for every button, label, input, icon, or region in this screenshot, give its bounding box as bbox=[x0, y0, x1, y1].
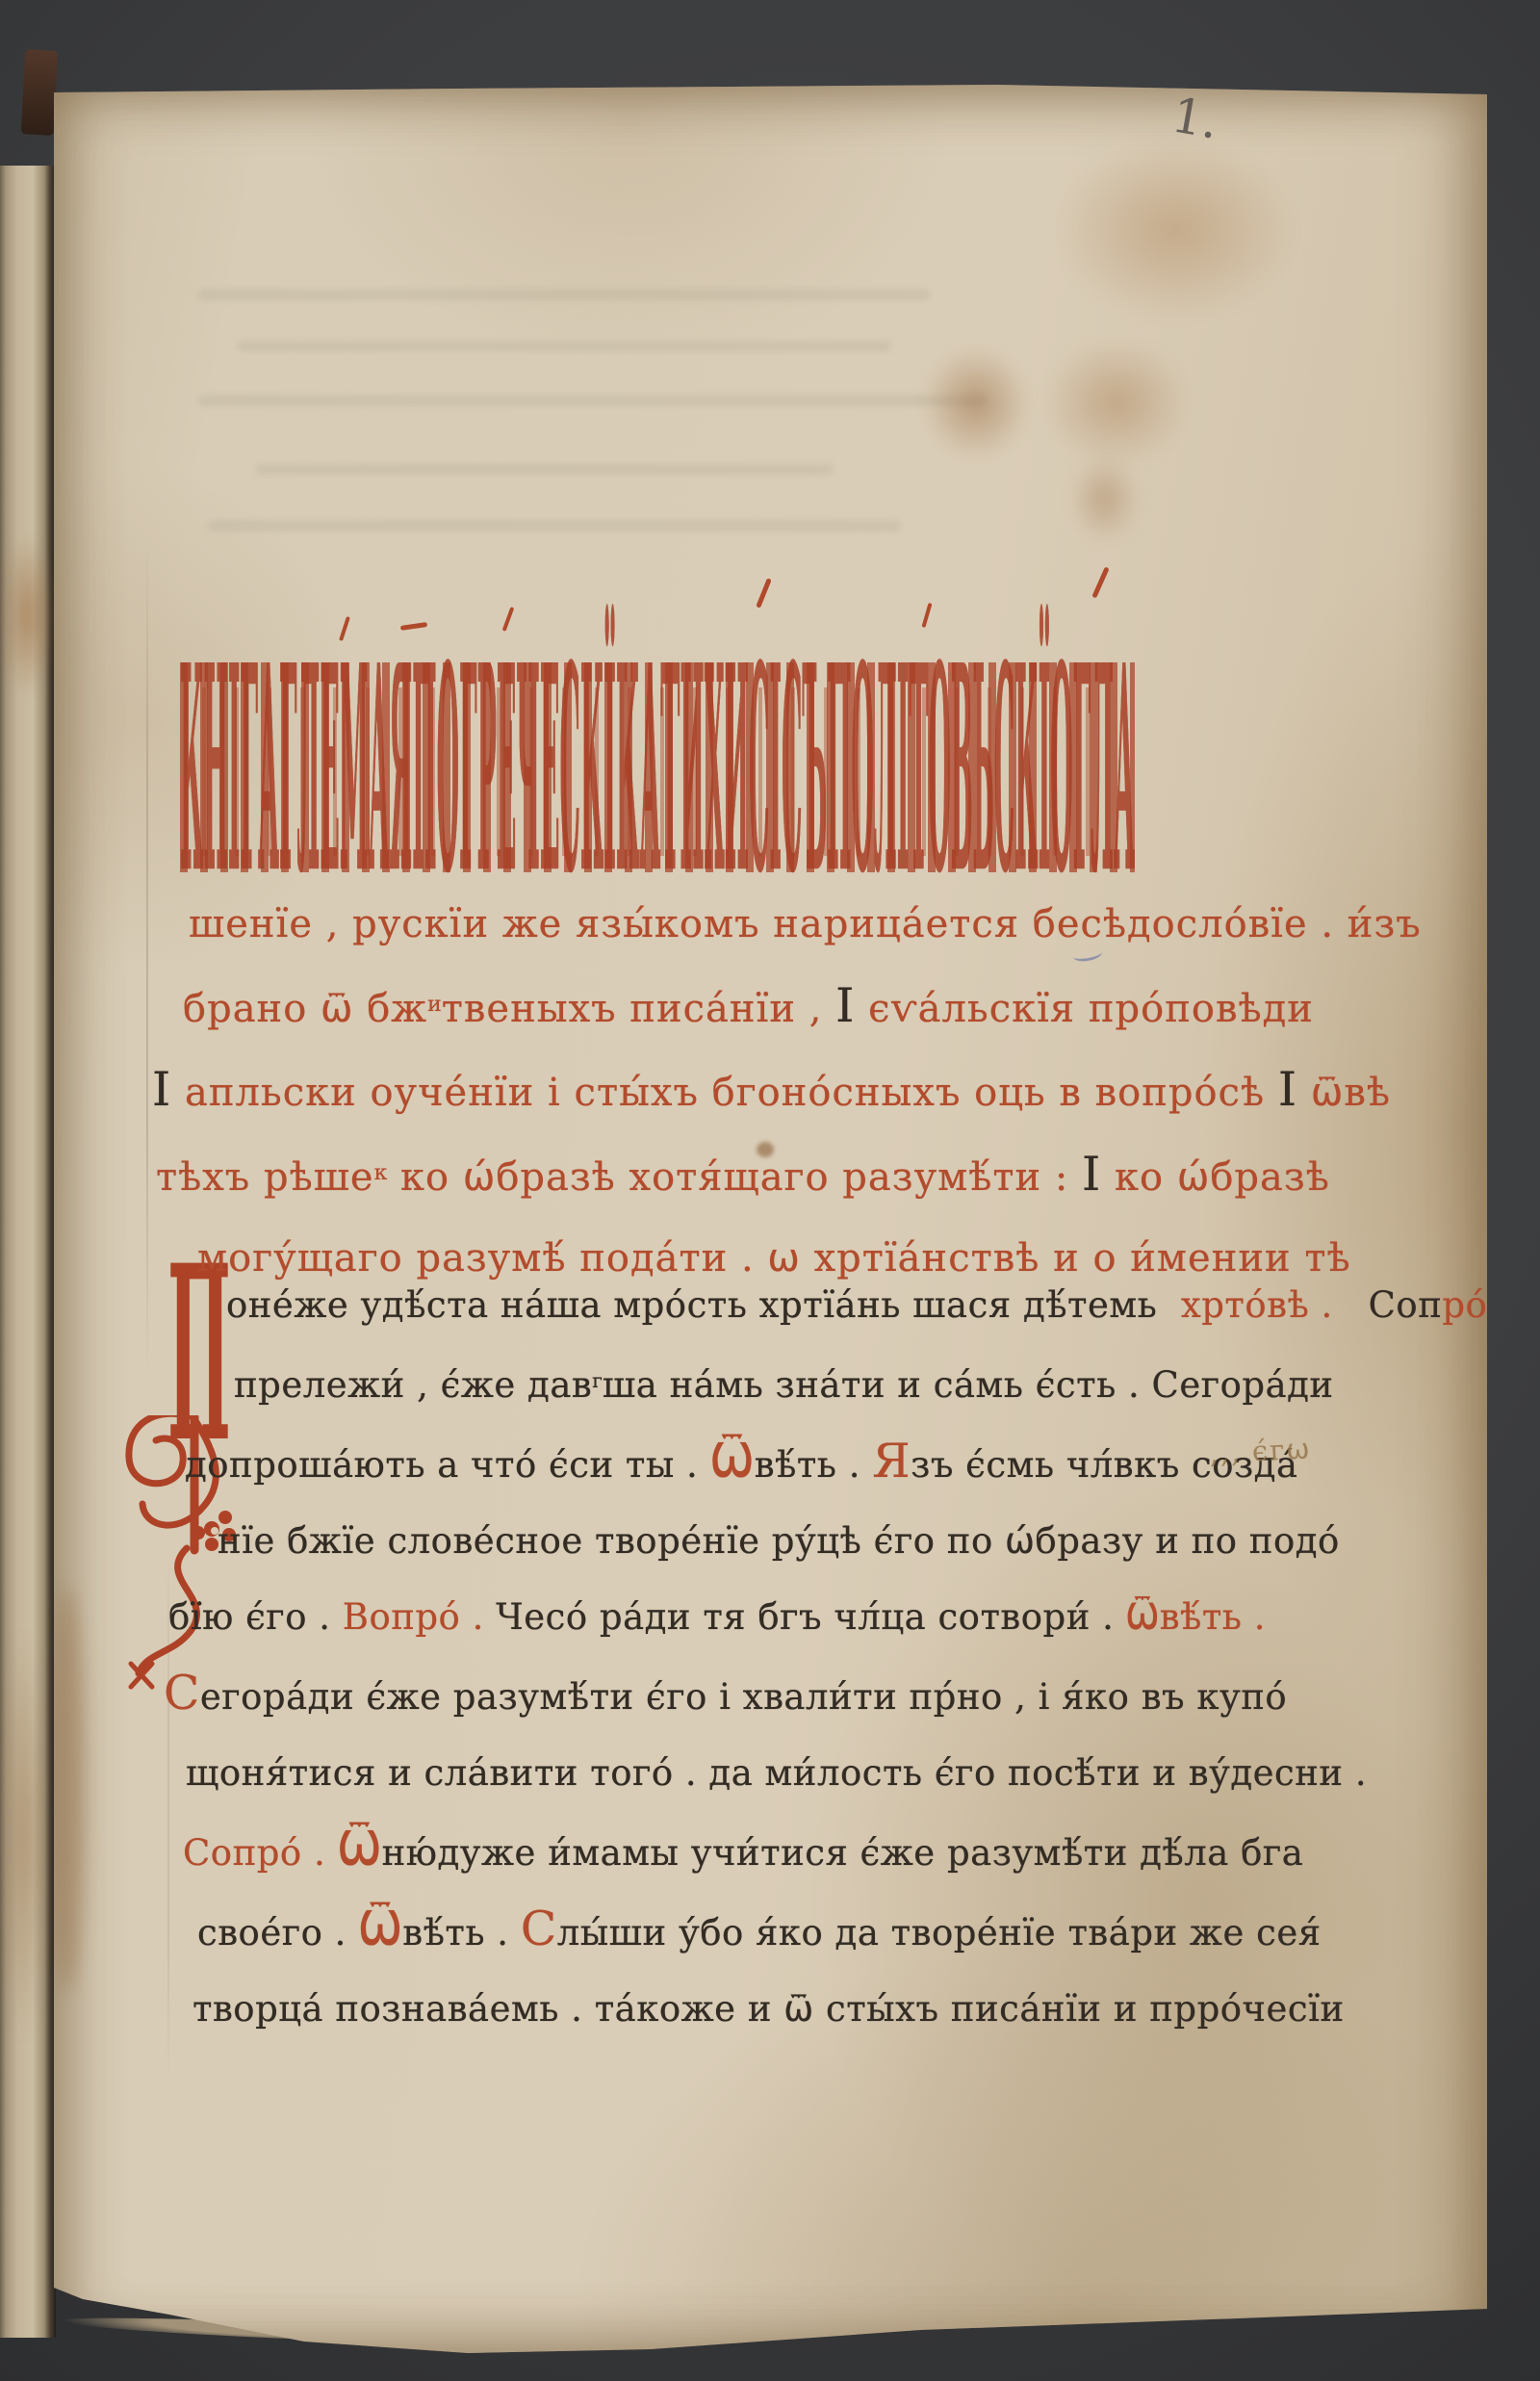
text-segment: вѣ́ть . bbox=[402, 1912, 521, 1954]
verso-show-through bbox=[237, 341, 891, 351]
text-segment: Сопро́ . bbox=[183, 1832, 338, 1874]
text-segment: егора́ди є́же разумѣ́ти є́го і хвали́ти … bbox=[200, 1676, 1287, 1718]
text-line: прележи́ , є́же давгша на́мь зна́ти и са… bbox=[234, 1343, 1500, 1423]
stain bbox=[1055, 139, 1296, 322]
paper-crease bbox=[146, 537, 148, 1385]
red-accent-mark bbox=[1091, 566, 1109, 598]
text-segment: ко ѡ́бразѣ bbox=[1101, 1155, 1329, 1200]
verso-show-through bbox=[198, 395, 988, 406]
text-line: шенїе , рускїи же язы́комъ нарица́ется б… bbox=[189, 884, 1422, 965]
text-segment: Я bbox=[872, 1434, 911, 1488]
text-line: І апльски оуче́нїи і сты́хъ бгоно́сныхъ … bbox=[152, 1049, 1422, 1133]
text-segment: твеныхъ писа́нїи , bbox=[442, 987, 835, 1031]
text-segment: шенїе , рускїи же язы́комъ нарица́ется б… bbox=[189, 902, 1422, 946]
spine-fragment bbox=[21, 49, 59, 136]
text-segment: єѵа́льскїя про́повѣди bbox=[855, 987, 1313, 1031]
text-segment: тѣхъ рѣше bbox=[156, 1155, 374, 1200]
stain bbox=[1070, 454, 1140, 543]
stain bbox=[922, 347, 1030, 460]
text-segment: к bbox=[374, 1161, 388, 1185]
text-segment: І bbox=[1278, 1062, 1297, 1117]
text-segment: І bbox=[1082, 1147, 1101, 1202]
text-segment: Чесо́ ра́ди тя бгъ чл́ца сотвори́ . bbox=[496, 1596, 1126, 1638]
folio-number: 1. bbox=[1168, 87, 1222, 149]
gutter-stain bbox=[0, 533, 56, 697]
text-segment: хрто́вѣ . bbox=[1181, 1284, 1369, 1326]
vyaz-title-text: КНІГАГЛЕМАЯПОГРЕЧЕСКЇКАТИХИСІСЪПОЛІТОВЬС… bbox=[180, 666, 1135, 876]
text-segment: ко ѡ́бразѣ хотя́щаго разумѣ́ти : bbox=[387, 1155, 1082, 1200]
text-segment: бїю є́го . bbox=[168, 1596, 343, 1638]
text-line: брано ѿ бжитвеныхъ писа́нїи , І єѵа́льск… bbox=[183, 965, 1422, 1049]
red-intro-block: шенїе , рускїи же язы́комъ нарица́ется б… bbox=[183, 884, 1422, 1299]
text-line: Сопро́ . Ѿню́дуже и́мамы учи́тися є́же р… bbox=[183, 1811, 1500, 1891]
text-segment: г bbox=[592, 1369, 603, 1392]
text-segment: І bbox=[152, 1062, 171, 1117]
text-segment: Ѿ bbox=[710, 1434, 755, 1488]
text-segment: ѿвѣ bbox=[1297, 1071, 1391, 1115]
text-segment: ню́дуже и́мамы учи́тися є́же разумѣ́ти д… bbox=[382, 1832, 1304, 1874]
text-segment: творца́ познава́емь . та́коже и ѿ сты́хъ… bbox=[192, 1988, 1345, 2030]
text-line: тѣхъ рѣшек ко ѡ́бразѣ хотя́щаго разумѣ́т… bbox=[156, 1133, 1422, 1218]
text-segment: брано ѿ бж bbox=[183, 987, 427, 1031]
margin-gloss: ‚‚‚ є́гѡ bbox=[1208, 1432, 1312, 1470]
text-line: бїю є́го . Вопро́ . Чесо́ ра́ди тя бгъ ч… bbox=[168, 1579, 1500, 1655]
text-segment: свое́го . bbox=[197, 1912, 358, 1954]
text-segment: С bbox=[164, 1666, 200, 1721]
text-line: свое́го . Ѿвѣ́ть . Слы́ши у́бо я́ко да т… bbox=[197, 1891, 1500, 1971]
text-segment: апльски оуче́нїи і сты́хъ бгоно́сныхъ оц… bbox=[171, 1071, 1278, 1115]
text-segment: Ѿвѣ́ть . bbox=[1126, 1596, 1266, 1638]
red-accent-mark bbox=[756, 578, 772, 608]
text-segment: ша на́мь зна́ти и са́мь є́сть . Сегора́д… bbox=[603, 1364, 1334, 1406]
text-segment: нїе бжїе слове́сное творе́нїе ру́цѣ є́го… bbox=[218, 1520, 1340, 1562]
text-segment: и bbox=[427, 993, 442, 1017]
text-segment: Ѿ bbox=[338, 1822, 382, 1876]
text-segment: вѣ́ть . bbox=[755, 1444, 873, 1486]
qa-block: оне́же удѣ́ста на́ша мро́сть хртїа́нь ша… bbox=[183, 1267, 1500, 2047]
text-line: Сегора́ди є́же разумѣ́ти є́го і хвали́ти… bbox=[164, 1655, 1500, 1735]
text-line: оне́же удѣ́ста на́ша мро́сть хртїа́нь ша… bbox=[226, 1267, 1500, 1343]
text-line: творца́ познава́емь . та́коже и ѿ сты́хъ… bbox=[192, 1971, 1500, 2047]
verso-show-through bbox=[256, 464, 834, 475]
gutter-stain bbox=[0, 1629, 48, 2043]
book-gutter-edge bbox=[0, 166, 56, 2338]
verso-show-through bbox=[208, 520, 901, 531]
verso-show-through bbox=[198, 289, 930, 300]
text-line: нїе бжїе слове́сное творе́нїе ру́цѣ є́го… bbox=[218, 1503, 1500, 1579]
text-segment: щоня́тися и сла́вити того́ . да ми́лость… bbox=[186, 1752, 1367, 1794]
text-segment: прележи́ , є́же дав bbox=[234, 1364, 592, 1406]
text-segment: С bbox=[521, 1902, 557, 1956]
stain bbox=[50, 1587, 85, 1991]
text-segment: Вопро́ . bbox=[343, 1596, 496, 1638]
text-segment: Ѿ bbox=[358, 1902, 402, 1956]
text-line: щоня́тися и сла́вити того́ . да ми́лость… bbox=[186, 1735, 1500, 1811]
headpiece-vyaz-title: КНІГАГЛЕМАЯПОГРЕЧЕСКЇКАТИХИСІСЪПОЛІТОВЬС… bbox=[180, 662, 1135, 872]
photo-background: 1. КНІГАГЛЕМАЯПОГРЕЧЕСКЇКАТИХИСІСЪПОЛІТО… bbox=[0, 0, 1540, 2381]
text-segment: лы́ши у́бо я́ко да творе́нїе тва́ри же с… bbox=[557, 1912, 1322, 1954]
text-segment: Соп bbox=[1369, 1284, 1443, 1326]
text-segment: допроша́ють а что́ є́си ты . bbox=[185, 1444, 710, 1486]
text-segment: І bbox=[835, 978, 855, 1033]
text-segment: ро́. bbox=[1442, 1284, 1499, 1326]
text-segment: оне́же удѣ́ста на́ша мро́сть хртїа́нь ша… bbox=[226, 1284, 1181, 1326]
stain bbox=[1043, 339, 1190, 466]
manuscript-page: 1. КНІГАГЛЕМАЯПОГРЕЧЕСКЇКАТИХИСІСЪПОЛІТО… bbox=[54, 85, 1487, 2357]
